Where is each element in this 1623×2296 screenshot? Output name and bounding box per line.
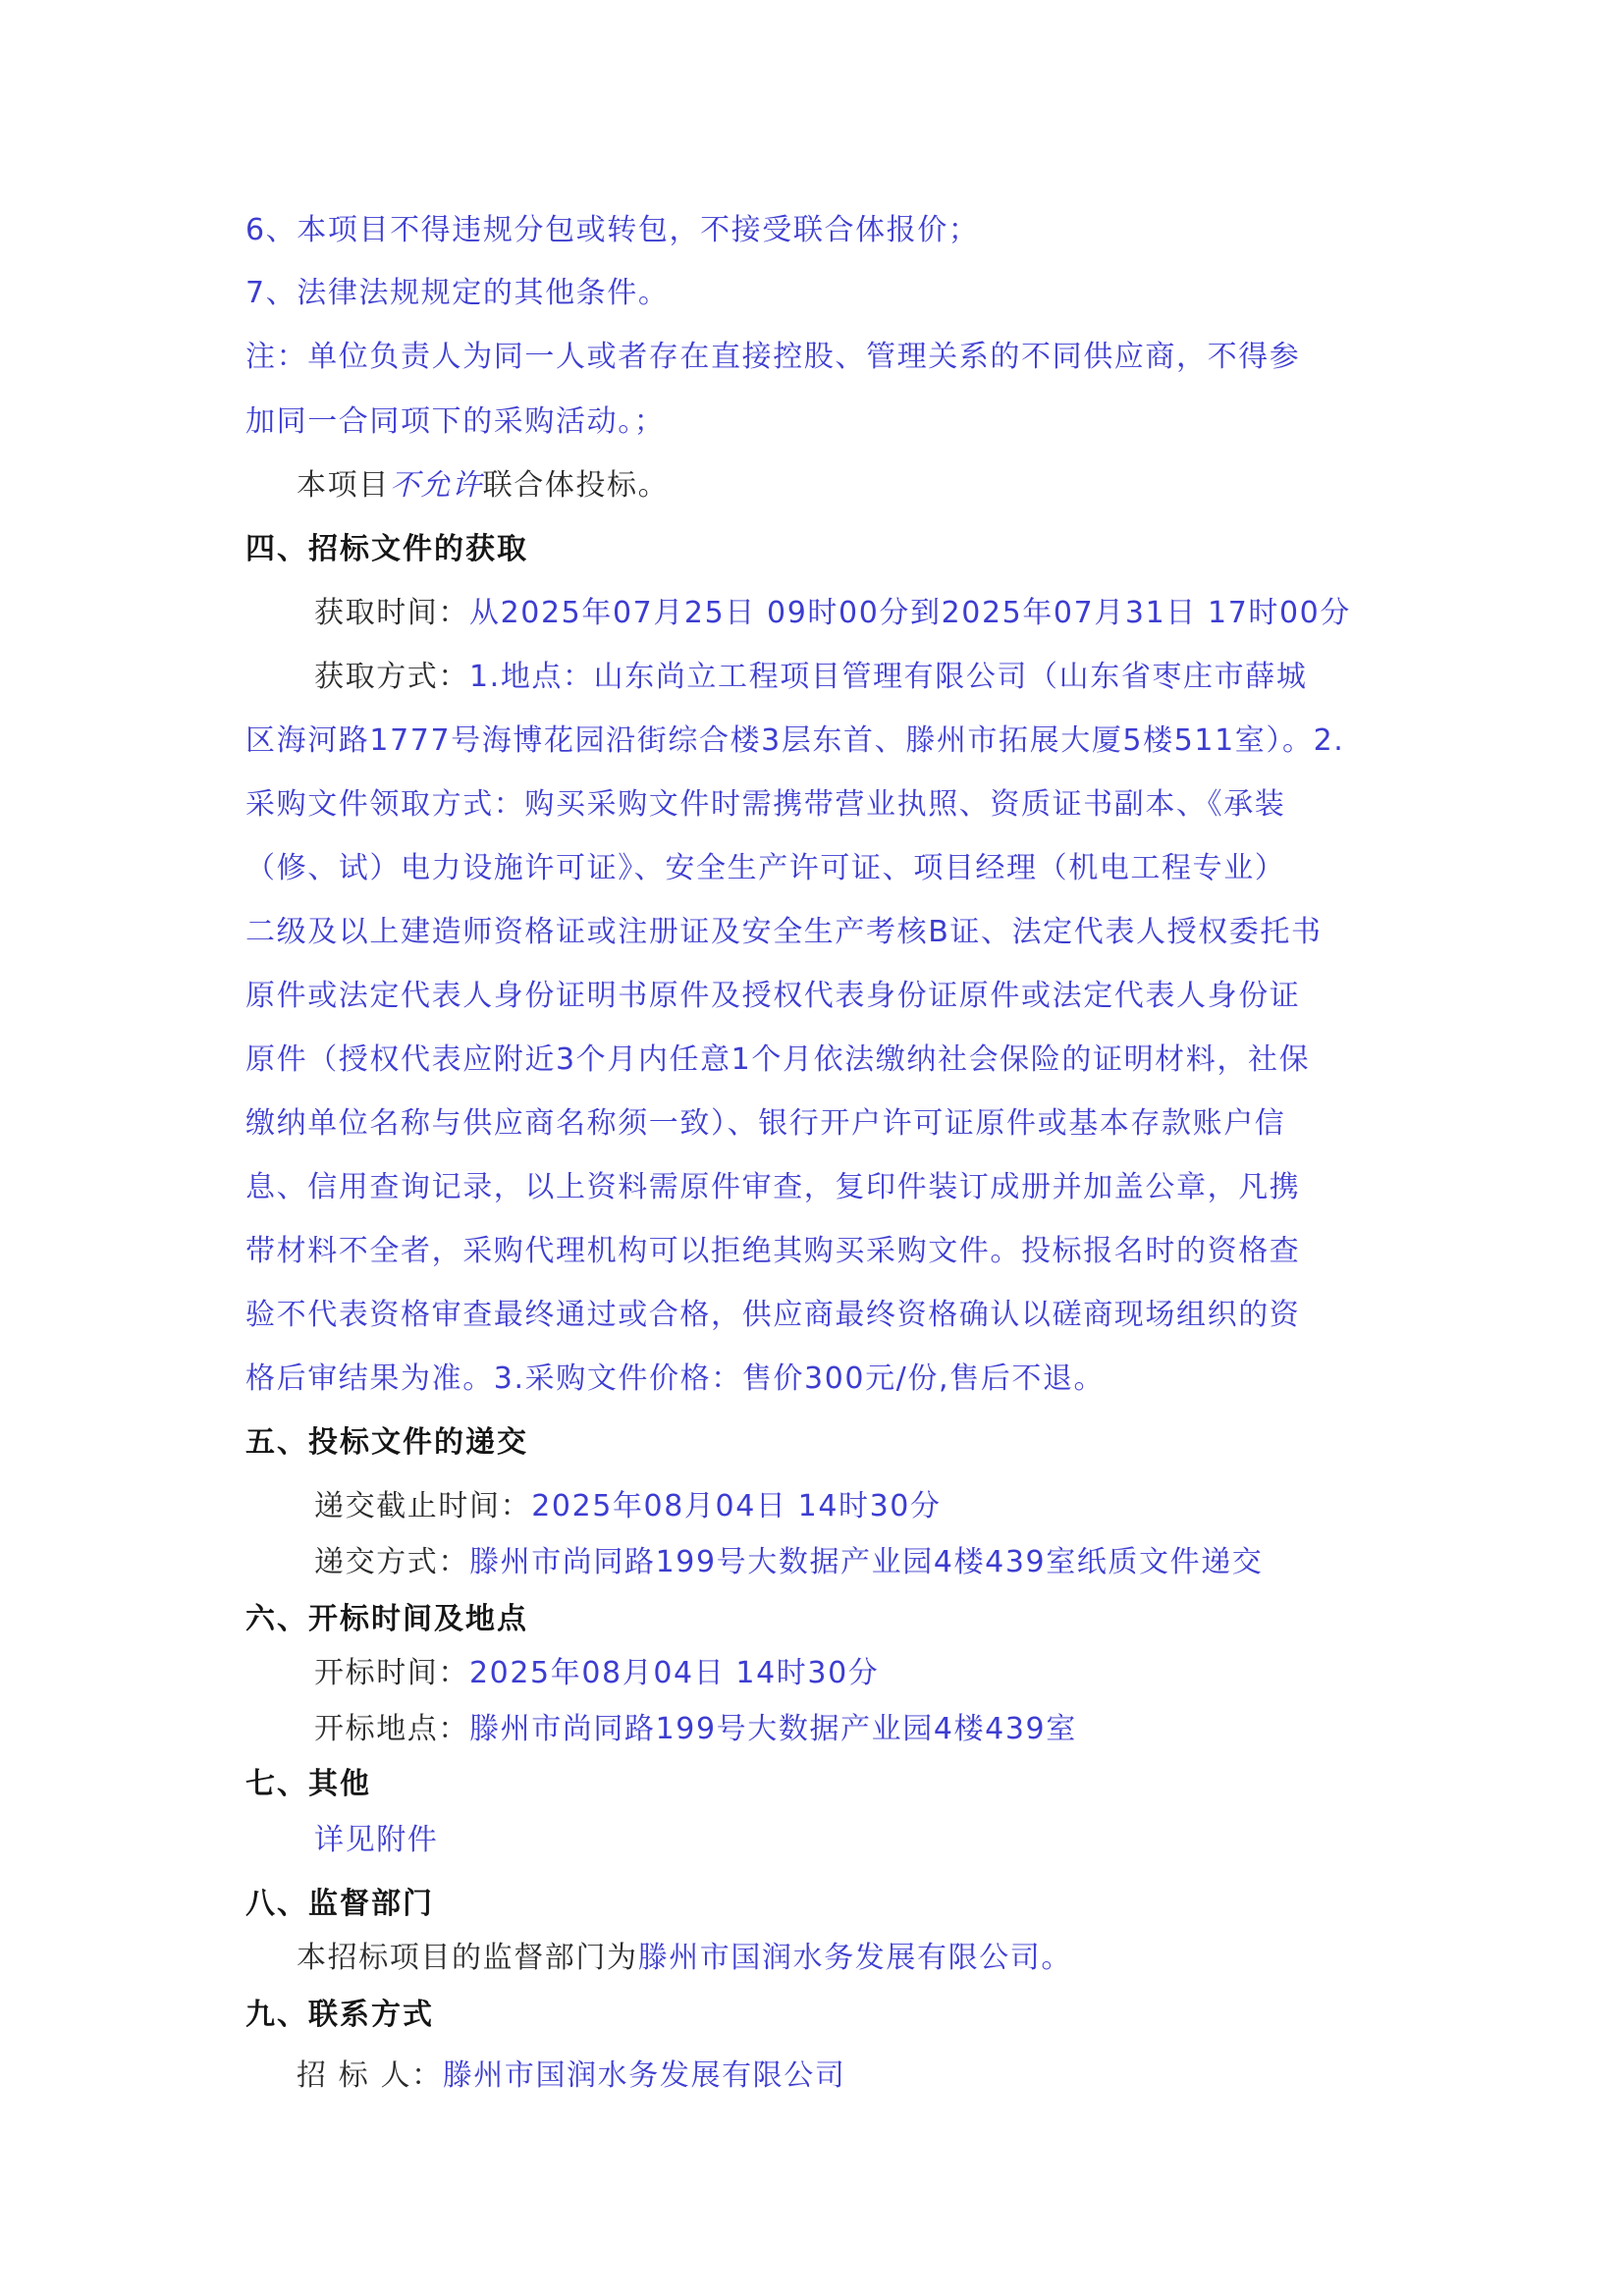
acquire-method-line: 二级及以上建造师资格证或注册证及安全生产考核B证、法定代表人授权委托书 [245, 913, 1323, 952]
section-5-title: 五、投标文件的递交 [245, 1423, 528, 1463]
acquire-method-line: 带材料不全者，采购代理机构可以拒绝其购买采购文件。投标报名时的资格查 [245, 1232, 1300, 1271]
acquire-time-label: 获取时间： [314, 596, 469, 630]
see-attachment: 详见附件 [314, 1821, 438, 1860]
consortium-suffix: 联合体投标。 [483, 468, 670, 503]
submit-method-label: 递交方式： [314, 1545, 469, 1579]
supervision-statement: 本招标项目的监督部门为滕州市国润水务发展有限公司。 [297, 1939, 1072, 1978]
note-line-2: 加同一合同项下的采购活动。； [245, 402, 665, 442]
acquire-method: 获取方式：1.地点：山东尚立工程项目管理有限公司（山东省枣庄市薛城 [314, 658, 1307, 697]
section-8-title: 八、监督部门 [245, 1885, 434, 1924]
acquire-method-line: 息、信用查询记录，以上资料需原件审查，复印件装订成册并加盖公章，凡携 [245, 1168, 1300, 1207]
acquire-method-line: 区海河路1777号海博花园沿街综合楼3层东首、滕州市拓展大厦5楼511室）。2. [245, 721, 1344, 761]
acquire-method-label: 获取方式： [314, 660, 469, 694]
consortium-value: 不允许 [390, 468, 483, 503]
tenderer-label: 招 标 人： [297, 2058, 443, 2093]
consortium-statement: 本项目不允许联合体投标。 [297, 466, 669, 506]
submit-deadline-value: 2025年08月04日 14时30分 [531, 1489, 941, 1523]
section-4-title: 四、招标文件的获取 [245, 530, 528, 569]
condition-item-6: 6、本项目不得违规分包或转包，不接受联合体报价； [245, 211, 980, 250]
tenderer-value: 滕州市国润水务发展有限公司 [443, 2058, 846, 2093]
opening-place-label: 开标地点： [314, 1712, 469, 1746]
opening-time-label: 开标时间： [314, 1656, 469, 1690]
condition-item-7: 7、法律法规规定的其他条件。 [245, 274, 670, 313]
supervision-prefix: 本招标项目的监督部门为 [297, 1941, 638, 1975]
opening-place-value: 滕州市尚同路199号大数据产业园4楼439室 [469, 1712, 1077, 1746]
section-9-title: 九、联系方式 [245, 1996, 434, 2035]
acquire-time: 获取时间：从2025年07月25日 09时00分到2025年07月31日 17时… [314, 594, 1351, 633]
submit-method: 递交方式：滕州市尚同路199号大数据产业园4楼439室纸质文件递交 [314, 1543, 1263, 1582]
submit-deadline-label: 递交截止时间： [314, 1489, 531, 1523]
acquire-method-line: 原件（授权代表应附近3个月内任意1个月依法缴纳社会保险的证明材料，社保 [245, 1041, 1310, 1080]
consortium-prefix: 本项目 [297, 468, 390, 503]
submit-deadline: 递交截止时间：2025年08月04日 14时30分 [314, 1487, 942, 1526]
section-7-title: 七、其他 [245, 1765, 371, 1804]
acquire-method-line: 缴纳单位名称与供应商名称须一致）、银行开户许可证原件或基本存款账户信 [245, 1104, 1285, 1144]
opening-time-value: 2025年08月04日 14时30分 [469, 1656, 879, 1690]
tenderer: 招 标 人：滕州市国润水务发展有限公司 [297, 2056, 846, 2096]
opening-place: 开标地点：滕州市尚同路199号大数据产业园4楼439室 [314, 1710, 1077, 1749]
supervision-value: 滕州市国润水务发展有限公司。 [638, 1941, 1072, 1975]
acquire-method-line: 格后审结果为准。3.采购文件价格：售价300元/份,售后不退。 [245, 1360, 1105, 1399]
acquire-method-line: 采购文件领取方式：购买采购文件时需携带营业执照、资质证书副本、《承装 [245, 785, 1285, 825]
section-6-title: 六、开标时间及地点 [245, 1600, 528, 1639]
note-line-1: 注：单位负责人为同一人或者存在直接控股、管理关系的不同供应商，不得参 [245, 338, 1300, 377]
opening-time: 开标时间：2025年08月04日 14时30分 [314, 1654, 879, 1693]
acquire-method-line: 1.地点：山东尚立工程项目管理有限公司（山东省枣庄市薛城 [469, 660, 1307, 694]
acquire-method-line: 原件或法定代表人身份证明书原件及授权代表身份证原件或法定代表人身份证 [245, 977, 1300, 1016]
acquire-method-line: （修、试）电力设施许可证》、安全生产许可证、项目经理（机电工程专业） [245, 849, 1285, 888]
acquire-time-value: 从2025年07月25日 09时00分到2025年07月31日 17时00分 [469, 596, 1351, 630]
acquire-method-line: 验不代表资格审查最终通过或合格，供应商最终资格确认以磋商现场组织的资 [245, 1296, 1300, 1335]
submit-method-value: 滕州市尚同路199号大数据产业园4楼439室纸质文件递交 [469, 1545, 1263, 1579]
